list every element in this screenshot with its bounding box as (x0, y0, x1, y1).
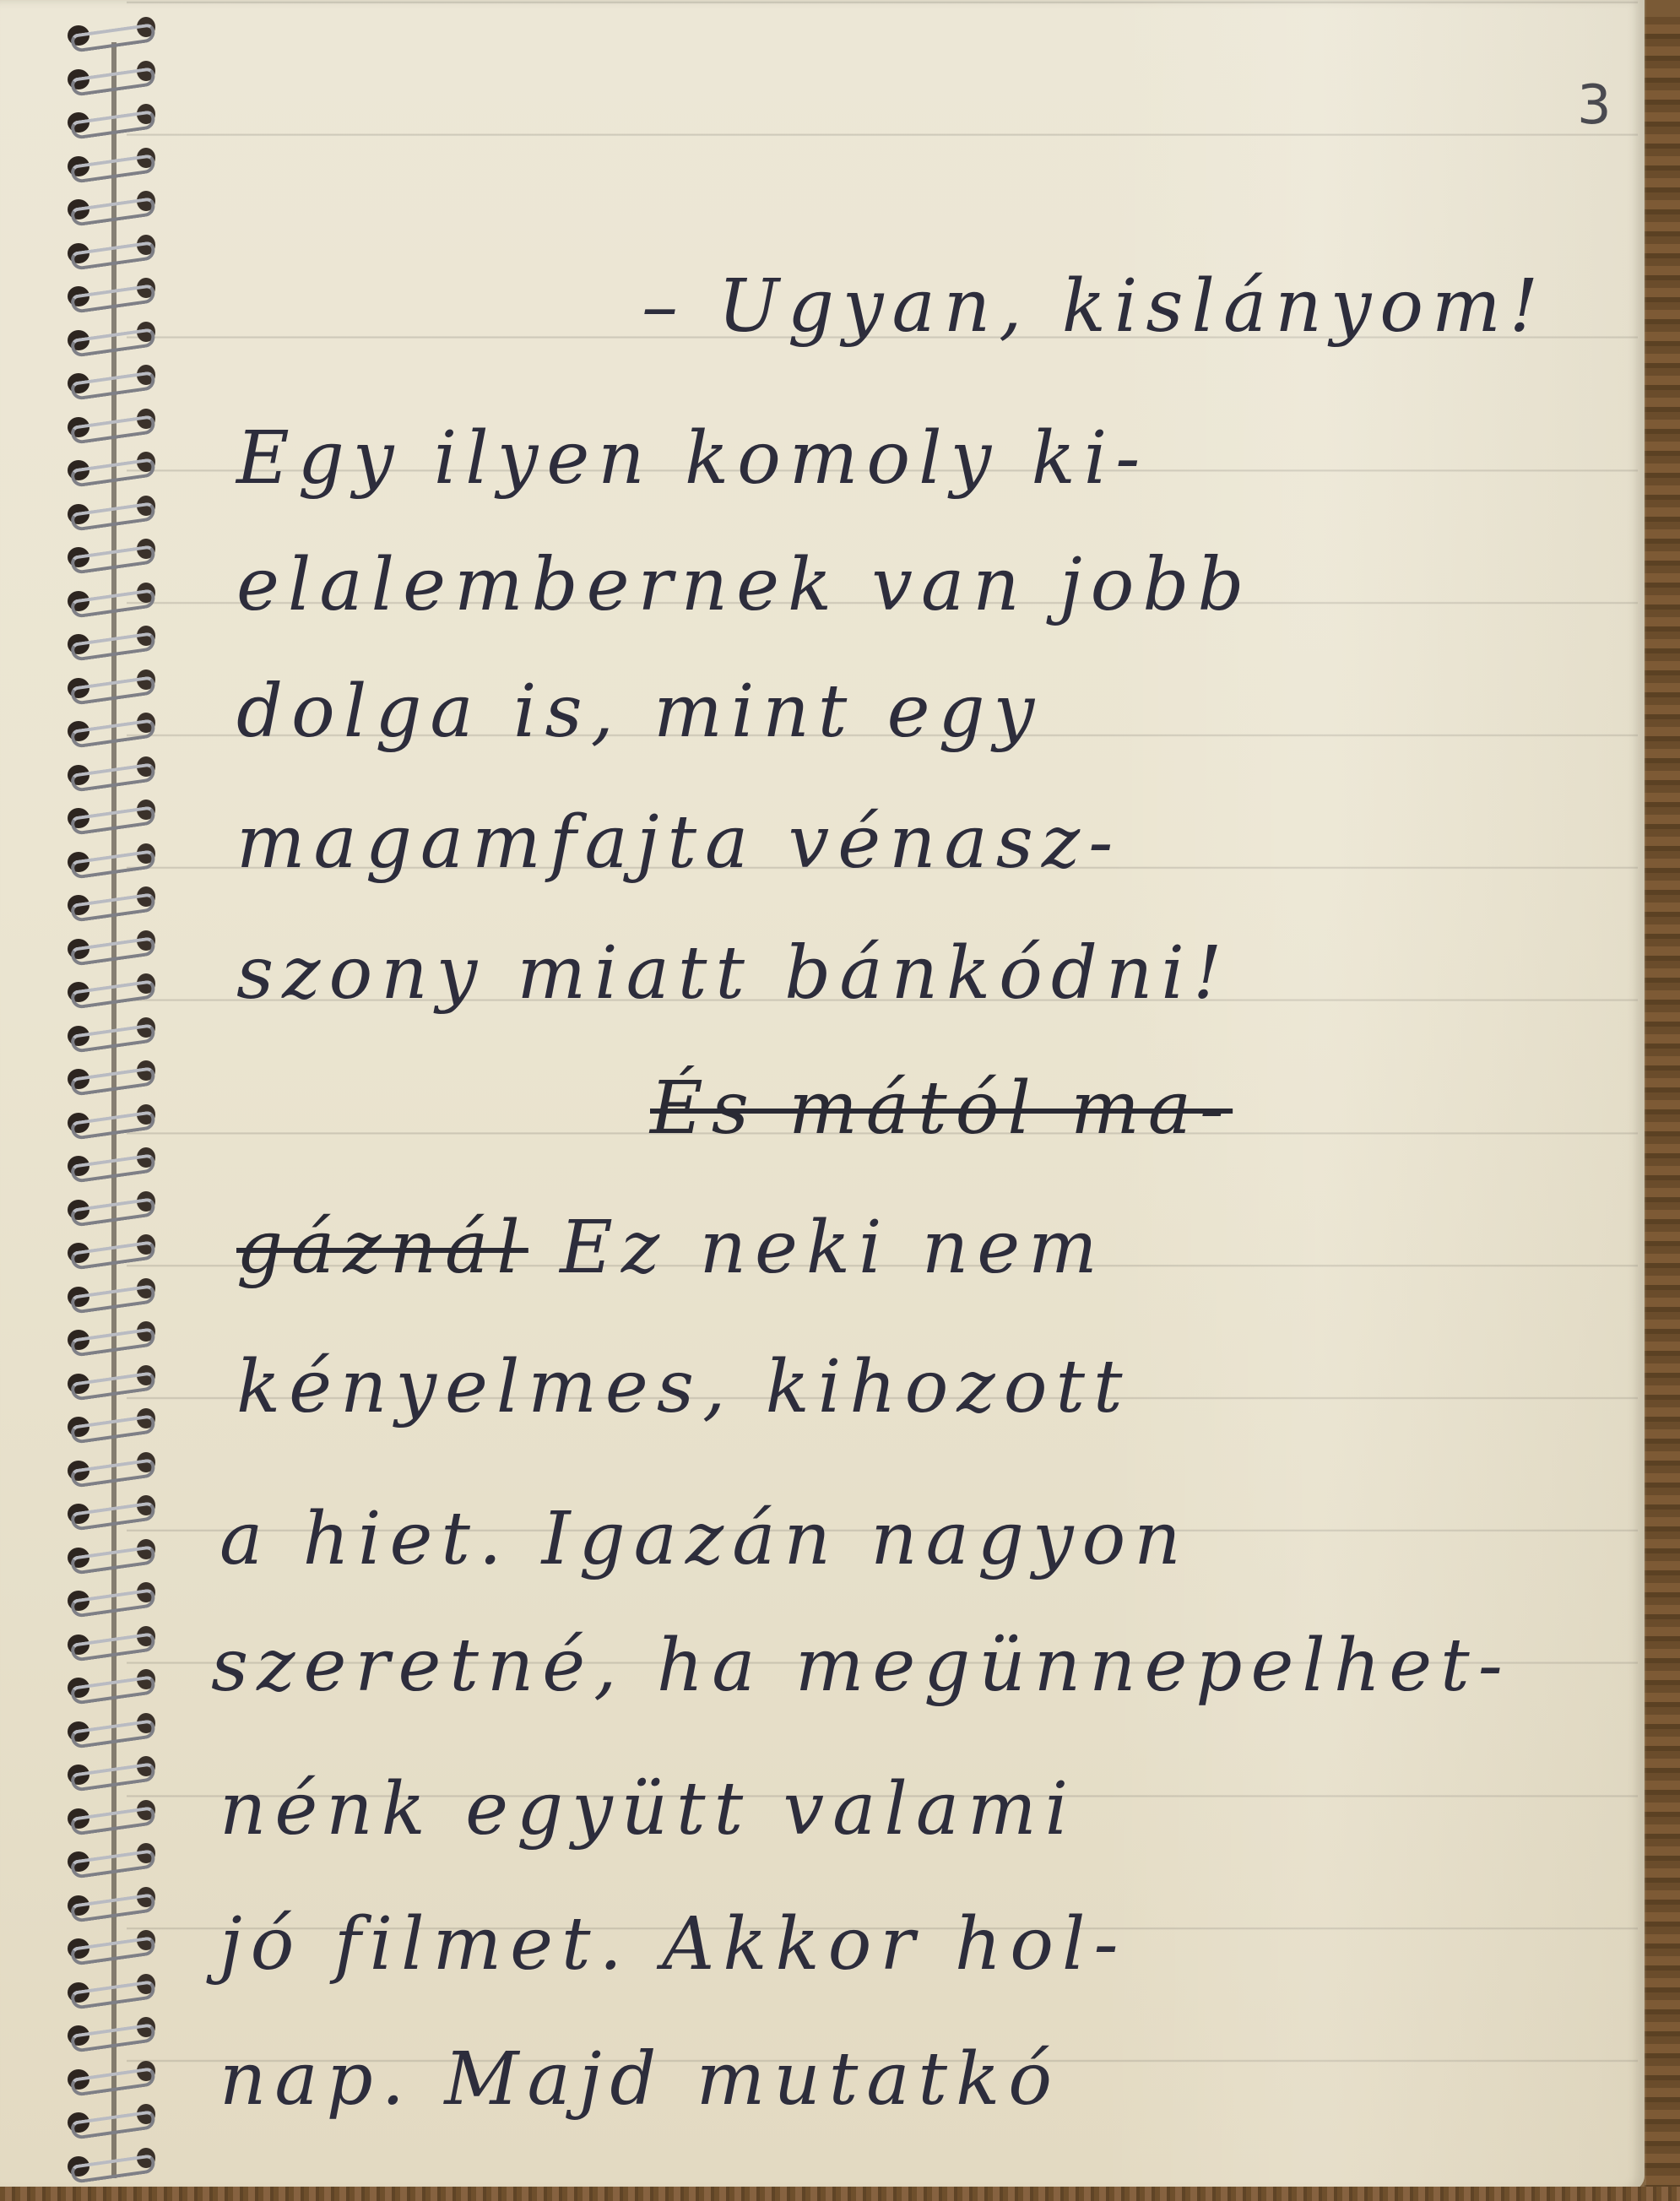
handwritten-line-4: dolga is, mint egy (236, 675, 1043, 748)
handwritten-line-8: gáznál Ez neki nem (236, 1212, 1106, 1284)
spiral-ring (59, 1060, 152, 1094)
spiral-binding (59, 8, 152, 2195)
spiral-ring (59, 1104, 152, 1138)
spiral-ring (59, 843, 152, 877)
spiral-ring (59, 17, 152, 51)
spiral-ring (59, 1582, 152, 1616)
spiral-ring (59, 973, 152, 1007)
handwritten-line-14: nap. Majd mutatkó (219, 2043, 1060, 2116)
handwritten-line-12: nénk együtt valami (219, 1773, 1076, 1846)
spiral-ring (59, 322, 152, 355)
spiral-ring (59, 2017, 152, 2051)
handwritten-line-10: a hiet. Igazán nagyon (219, 1503, 1190, 1575)
handwritten-line-11: szeretné, ha megünnepelhet- (211, 1629, 1511, 1702)
handwritten-line-13: jó filmet. Akkor hol- (219, 1908, 1127, 1981)
spiral-ring (59, 2104, 152, 2138)
spiral-ring (59, 1365, 152, 1399)
spiral-ring (59, 1887, 152, 1921)
spiral-ring (59, 1626, 152, 1660)
spiral-ring (59, 1974, 152, 2008)
spiral-ring (59, 1191, 152, 1225)
spiral-ring (59, 452, 152, 485)
spiral-ring (59, 1278, 152, 1312)
spiral-ring (59, 1930, 152, 1964)
notebook-page: 3 – Ugyan, kislányom! Egy ilyen komoly k… (0, 0, 1645, 2191)
spiral-ring (59, 1756, 152, 1790)
spiral-ring (59, 626, 152, 659)
spiral-ring (59, 496, 152, 529)
handwritten-line-7-struck: És mától ma- (650, 1072, 1233, 1145)
handwritten-line-5: magamfajta vénasz- (236, 806, 1121, 879)
spiral-ring (59, 148, 152, 182)
spiral-ring (59, 2148, 152, 2182)
spiral-ring (59, 235, 152, 268)
spiral-ring (59, 1800, 152, 1834)
page-number: 3 (1577, 74, 1612, 137)
handwritten-line-3: elalembernek van jobb (236, 549, 1253, 621)
spiral-ring (59, 1495, 152, 1529)
spiral-ring (59, 191, 152, 225)
spiral-ring (59, 1669, 152, 1703)
wooden-table-edge (1645, 17, 1680, 2201)
spiral-ring (59, 583, 152, 616)
spiral-ring (59, 756, 152, 790)
spiral-ring (59, 1843, 152, 1877)
line-8-text: Ez neki nem (560, 1206, 1106, 1290)
spiral-ring (59, 930, 152, 964)
wooden-table-bottom (0, 2187, 1680, 2201)
struck-text: És mától ma- (650, 1066, 1233, 1151)
spiral-ring (59, 1017, 152, 1051)
spiral-ring (59, 1408, 152, 1442)
spiral-ring (59, 1713, 152, 1747)
handwritten-line-6: szony miatt bánkódni! (236, 937, 1230, 1010)
spiral-ring (59, 886, 152, 920)
handwritten-line-9: kényelmes, kihozott (236, 1351, 1131, 1423)
handwritten-line-1: – Ugyan, kislányom! (642, 270, 1547, 343)
spiral-ring (59, 2061, 152, 2095)
spiral-ring (59, 61, 152, 95)
spiral-ring (59, 1452, 152, 1486)
spiral-ring (59, 1321, 152, 1355)
spiral-ring (59, 365, 152, 398)
spiral-ring (59, 713, 152, 746)
spiral-ring (59, 1147, 152, 1181)
spiral-ring (59, 1234, 152, 1268)
spiral-ring (59, 104, 152, 138)
spiral-ring (59, 539, 152, 572)
handwritten-line-2: Egy ilyen komoly ki- (236, 422, 1148, 495)
spiral-ring (59, 670, 152, 703)
struck-prefix: gáznál (236, 1206, 528, 1290)
spiral-ring (59, 800, 152, 833)
spiral-ring (59, 409, 152, 442)
spiral-ring (59, 1539, 152, 1573)
spiral-ring (59, 278, 152, 312)
